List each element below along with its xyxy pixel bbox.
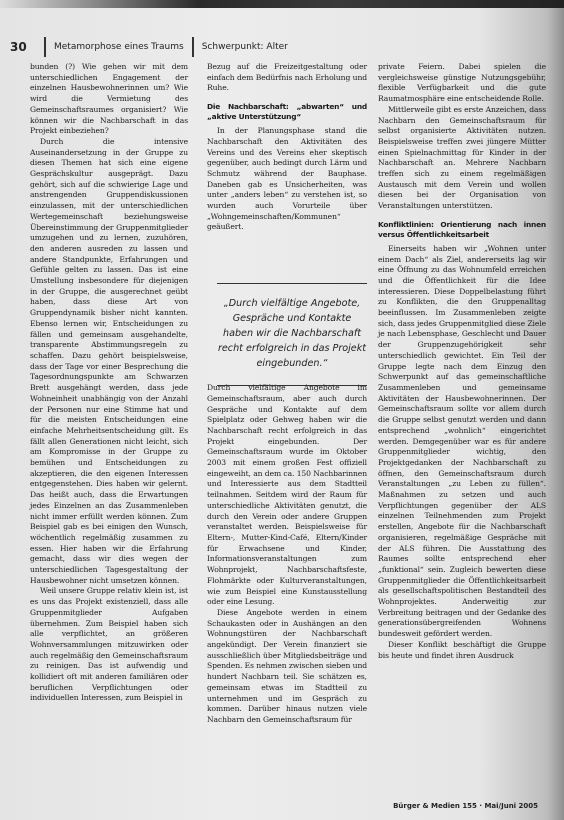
top-edge-bar (0, 0, 564, 8)
magazine-page: 30 Metamorphose eines Traums Schwerpunkt… (0, 0, 564, 820)
pull-quote: „Durch vielfältige Angebote, Gespräche u… (217, 283, 367, 386)
subheading: Die Nachbarschaft: „abwarten“ und „aktiv… (207, 102, 367, 122)
column-3: private Feiern. Dabei spielen die vergle… (378, 62, 546, 661)
paragraph: Weil unsere Gruppe relativ klein ist, is… (30, 586, 188, 704)
page-header: 30 Metamorphose eines Traums Schwerpunkt… (10, 36, 288, 58)
paragraph: Durch vielfältige Angebote im Gemeinscha… (207, 383, 367, 608)
paragraph: private Feiern. Dabei spielen die vergle… (378, 62, 546, 105)
paragraph: In der Planungsphase stand die Nachbarsc… (207, 126, 367, 233)
header-divider (44, 37, 46, 57)
paragraph: Mittlerweile gibt es erste Anzeichen, da… (378, 105, 546, 212)
paragraph: Bezug auf die Freizeitgestaltung oder ei… (207, 62, 367, 94)
paragraph: Einerseits haben wir „Wohnen unter einem… (378, 244, 546, 640)
column-2: Bezug auf die Freizeitgestaltung oder ei… (207, 62, 367, 726)
page-footer: Bürger & Medien 155 · Mai/Juni 2005 (393, 802, 538, 810)
column-1: bunden (?) Wie gehen wir mit dem untersc… (30, 62, 188, 704)
paragraph: bunden (?) Wie gehen wir mit dem untersc… (30, 62, 188, 137)
paragraph: Diese Angebote werden in einem Schaukast… (207, 608, 367, 726)
paragraph: Dieser Konflikt beschäftigt die Gruppe b… (378, 640, 546, 661)
topic-label: Schwerpunkt: Alter (202, 42, 288, 52)
page-number: 30 (10, 40, 36, 54)
paragraph: Durch die intensive Auseinandersetzung i… (30, 137, 188, 587)
section-title: Metamorphose eines Traums (54, 42, 184, 52)
header-divider (192, 37, 194, 57)
subheading: Konfliktlinien: Orientierung nach innen … (378, 220, 546, 240)
